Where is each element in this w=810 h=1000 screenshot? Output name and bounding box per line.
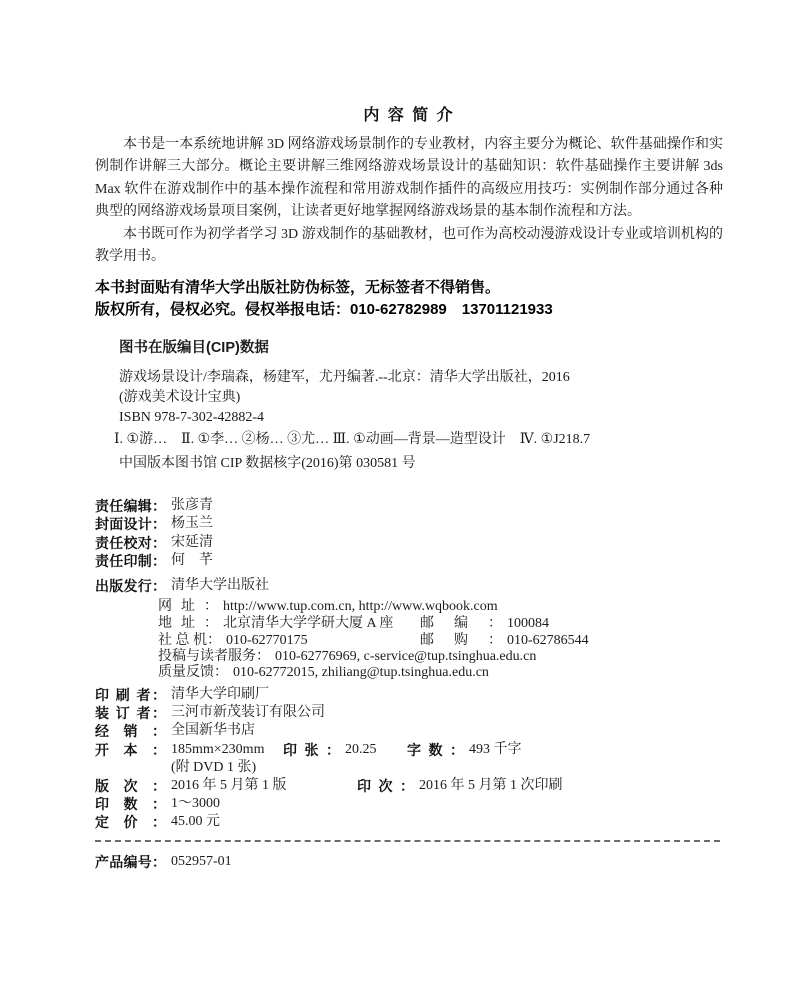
binder-row: 装 订 者：三河市新茂装订有限公司 (95, 704, 745, 722)
edition-label: 版次： (95, 777, 166, 795)
print-supervisor-value: 何 芊 (171, 553, 213, 568)
impression-group: 印次：2016 年 5 月第 1 次印刷 (357, 777, 563, 795)
cover-design-label: 封面设计： (95, 515, 166, 533)
print-supervisor-label: 责任印制： (95, 552, 166, 570)
switchboard-value: 010-62770175 (226, 633, 308, 648)
word-count-group: 字数：493 千字 (407, 741, 522, 759)
price-value: 45.00 元 (171, 814, 220, 829)
binder-label: 装 订 者： (95, 704, 166, 722)
print-run-row: 印数：1～3000 (95, 795, 745, 813)
print-run-label: 印数： (95, 795, 166, 813)
format-label: 开本： (95, 741, 166, 759)
sheets-label: 印张： (283, 741, 340, 759)
publisher-row: 出版发行：清华大学出版社 (95, 577, 745, 595)
price-row: 定价：45.00 元 (95, 813, 745, 831)
binder-value: 三河市新茂装订有限公司 (171, 705, 325, 720)
product-number-value: 052957-01 (171, 854, 232, 869)
website-label: 网址： (158, 598, 218, 616)
printer-row: 印 刷 者：清华大学印刷厂 (95, 686, 745, 704)
distributor-value: 全国新华书店 (171, 723, 255, 738)
responsible-editor-label: 责任编辑： (95, 497, 166, 515)
mail-order-value: 010-62786544 (507, 633, 589, 648)
postal-code-label: 邮编： (420, 615, 502, 633)
responsible-editor-value: 张彦青 (171, 498, 213, 513)
print-supervisor-row: 责任印制：何 芊 (95, 552, 745, 570)
cip-title-line: 游戏场景设计/李瑞森，杨建军，尤丹编著.--北京：清华大学出版社，2016 (119, 368, 747, 388)
printer-label: 印 刷 者： (95, 686, 166, 704)
sheets-group: 印张：20.25 (283, 741, 377, 759)
distributor-label: 经销： (95, 722, 166, 740)
product-number-row: 产品编号：052957-01 (95, 853, 745, 871)
proofreader-label: 责任校对： (95, 534, 166, 552)
cover-design-value: 杨玉兰 (171, 516, 213, 531)
word-count-label: 字数： (407, 741, 464, 759)
reader-service-value: 010-62776969, c-service@tup.tsinghua.edu… (275, 649, 536, 664)
website-row: 网址：http://www.tup.com.cn, http://www.wqb… (95, 598, 808, 616)
address-row: 地址：北京清华大学学研大厦 A 座 邮编：100084 (95, 615, 808, 633)
cover-design-row: 封面设计：杨玉兰 (95, 515, 745, 533)
impression-label: 印次： (357, 777, 414, 795)
format-value: 185mm×230mm (171, 742, 264, 757)
price-label: 定价： (95, 813, 166, 831)
copyright-line: 版权所有，侵权必究。侵权举报电话：010-62782989 1370112193… (95, 299, 723, 321)
proofreader-value: 宋延清 (171, 535, 213, 550)
cip-header: 图书在版编目(CIP)数据 (119, 338, 747, 358)
dashed-divider-line (95, 840, 720, 842)
postal-code-value: 100084 (507, 616, 549, 631)
address-value: 北京清华大学学研大厦 A 座 (223, 616, 393, 631)
website-value: http://www.tup.com.cn, http://www.wqbook… (223, 599, 498, 614)
dvd-note-row: (附 DVD 1 张) (95, 759, 810, 777)
word-count-value: 493 千字 (469, 742, 522, 757)
cip-record-number: 中国版本图书馆 CIP 数据核字(2016)第 030581 号 (119, 454, 747, 474)
edition-row: 版次：2016 年 5 月第 1 版 印次：2016 年 5 月第 1 次印刷 (95, 777, 745, 795)
quality-feedback-row: 质量反馈：010-62772015, zhiliang@tup.tsinghua… (95, 664, 808, 682)
copyright-page: 内 容 简 介 本书是一本系统地讲解 3D 网络游戏场景制作的专业教材，内容主要… (0, 0, 810, 1000)
impression-value: 2016 年 5 月第 1 次印刷 (419, 778, 563, 793)
cip-classification: Ⅰ. ①游… Ⅱ. ①李… ②杨… ③尤… Ⅲ. ①动画—背景—造型设计 Ⅳ. … (114, 430, 742, 450)
anti-piracy-line: 本书封面贴有清华大学出版社防伪标签，无标签者不得销售。 (95, 277, 723, 299)
cip-series-line: (游戏美术设计宝典) (119, 388, 747, 408)
cip-isbn: ISBN 978-7-302-42882-4 (119, 408, 747, 428)
postal-code: 邮编：100084 (420, 615, 549, 633)
sheets-value: 20.25 (345, 742, 377, 757)
distributor-row: 经销：全国新华书店 (95, 722, 745, 740)
publisher-value: 清华大学出版社 (171, 578, 269, 593)
intro-paragraph-2: 本书既可作为初学者学习 3D 游戏制作的基础教材，也可作为高校动漫游戏设计专业或… (95, 224, 723, 269)
format-row: 开本：185mm×230mm 印张：20.25 字数：493 千字 (95, 741, 745, 759)
printer-value: 清华大学印刷厂 (171, 687, 269, 702)
edition-value: 2016 年 5 月第 1 版 (171, 778, 287, 793)
anti-piracy-notice: 本书封面贴有清华大学出版社防伪标签，无标签者不得销售。 版权所有，侵权必究。侵权… (95, 277, 723, 321)
responsible-editor-row: 责任编辑：张彦青 (95, 497, 745, 515)
quality-feedback-label: 质量反馈： (158, 664, 228, 682)
intro-paragraph-1: 本书是一本系统地讲解 3D 网络游戏场景制作的专业教材，内容主要分为概论、软件基… (95, 134, 723, 224)
print-run-value: 1～3000 (171, 796, 220, 811)
address-label: 地址： (158, 615, 218, 633)
quality-feedback-value: 010-62772015, zhiliang@tup.tsinghua.edu.… (233, 665, 489, 680)
proofreader-row: 责任校对：宋延清 (95, 534, 745, 552)
publisher-label: 出版发行： (95, 577, 166, 595)
dvd-note: (附 DVD 1 张) (171, 760, 256, 775)
content-summary-title: 内 容 简 介 (95, 102, 723, 125)
product-number-label: 产品编号： (95, 853, 166, 871)
